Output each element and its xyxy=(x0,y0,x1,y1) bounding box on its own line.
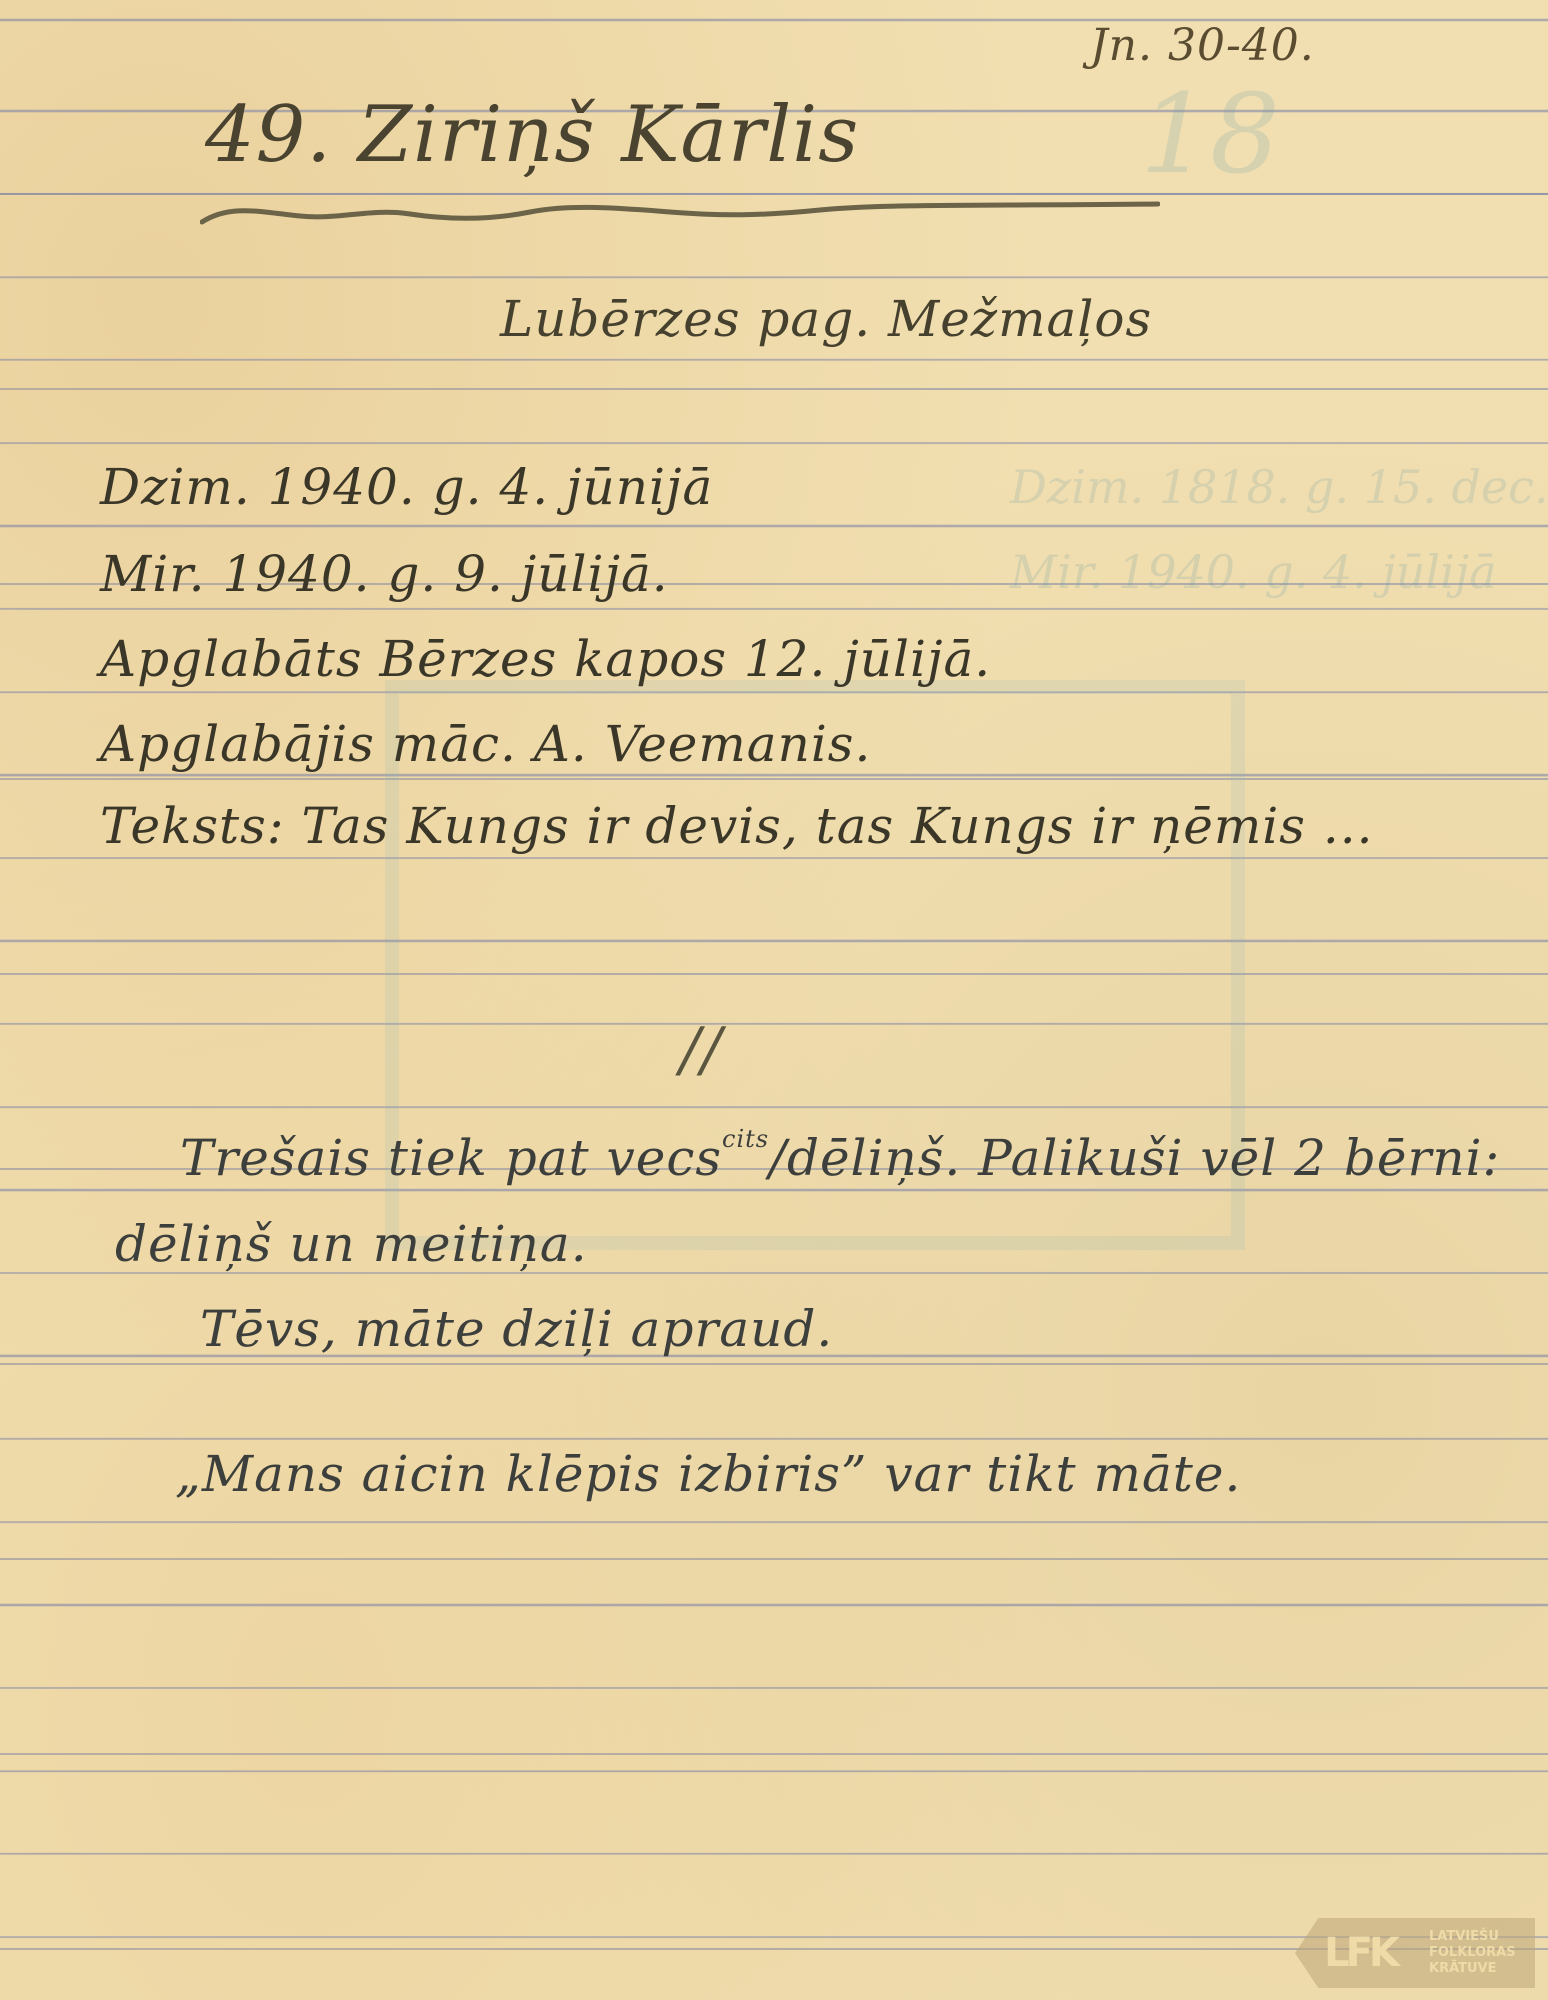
archive-watermark-logo: LFK LATVIEŠU FOLKLORAS KRĀTUVE xyxy=(1295,1918,1535,1988)
officiant-line: Apglabājis māc. A. Veemanis. xyxy=(100,715,871,773)
burial-line: Apglabāts Bērzes kapos 12. jūlijā. xyxy=(100,630,991,688)
note-line-3: Tēvs, māte dziļi apraud. xyxy=(200,1300,833,1358)
death-line: Mir. 1940. g. 9. jūlijā. xyxy=(100,545,669,603)
note-line-1: Trešais tiek pat vecscits/dēliņš. Paliku… xyxy=(180,1125,1500,1187)
location-subtitle: Lubērzes pag. Mežmaļos xyxy=(500,290,1152,348)
entry-title: 49. Ziriņš Kārlis xyxy=(205,90,859,180)
insertion-mark: cits xyxy=(722,1125,769,1153)
bleed-through-line: Mir. 1940. g. 4. jūlijā xyxy=(1010,545,1497,599)
note-line-1-end: /dēliņš. Palikuši vēl 2 bērni: xyxy=(769,1129,1500,1187)
bleed-through-line: Dzim. 1818. g. 15. dec. xyxy=(1010,460,1548,514)
section-separator: // xyxy=(680,1015,722,1085)
bleed-through-number: 18 xyxy=(1140,70,1280,198)
text-line: Teksts: Tas Kungs ir devis, tas Kungs ir… xyxy=(100,797,1374,855)
corner-date: Jn. 30-40. xyxy=(1090,20,1315,71)
wavy-underline xyxy=(200,198,1160,228)
lfk-chevron-icon: LFK xyxy=(1295,1918,1425,1988)
watermark-line: LATVIEŠU xyxy=(1429,1929,1535,1945)
birth-line: Dzim. 1940. g. 4. jūnijā xyxy=(100,458,713,516)
watermark-text: LATVIEŠU FOLKLORAS KRĀTUVE xyxy=(1425,1918,1535,1988)
watermark-line: KRĀTUVE xyxy=(1429,1961,1535,1977)
note-line-2: dēliņš un meitiņa. xyxy=(115,1215,588,1273)
note-line-1-start: Trešais tiek pat vecs xyxy=(180,1129,722,1187)
notebook-page: 18 Dzim. 1818. g. 15. dec. Mir. 1940. g.… xyxy=(0,0,1548,2000)
note-line-4: „Mans aicin klēpis izbiris” var tikt māt… xyxy=(175,1445,1241,1503)
watermark-line: FOLKLORAS xyxy=(1429,1945,1535,1961)
